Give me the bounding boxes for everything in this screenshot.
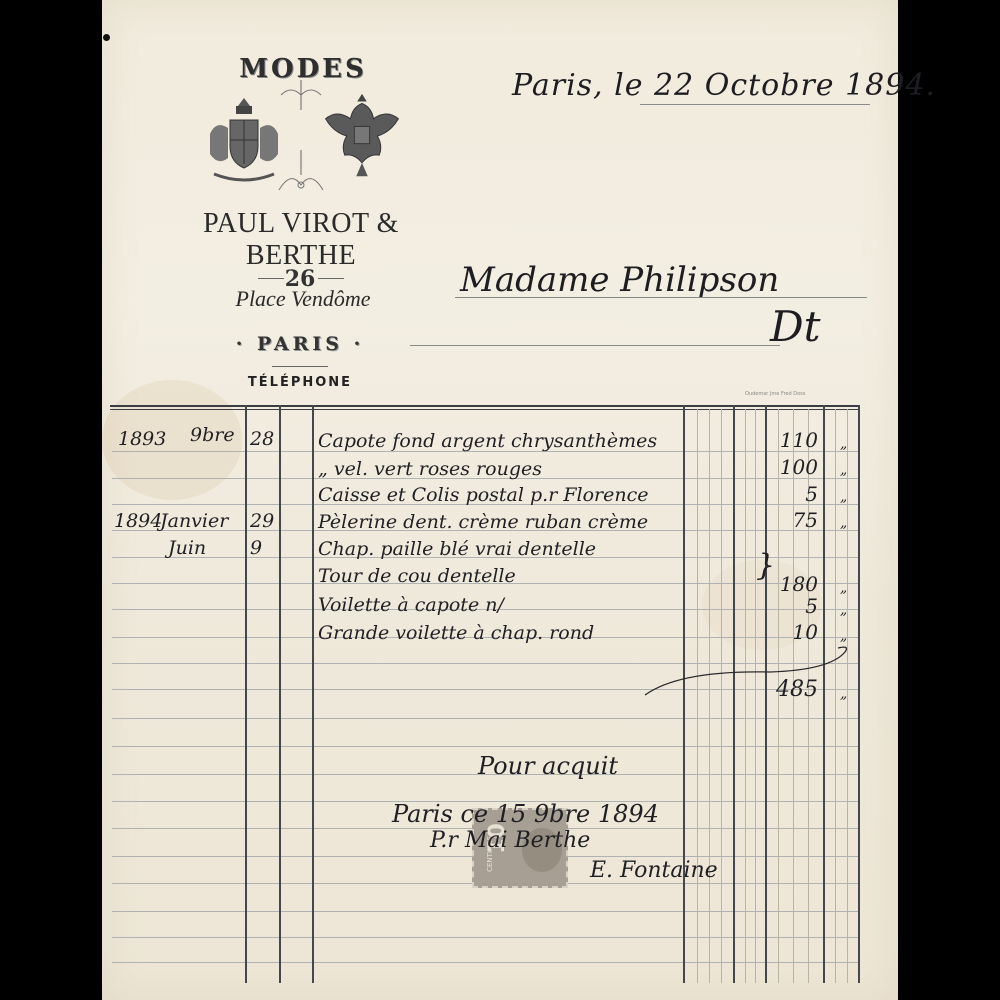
row-cents: „ (840, 602, 847, 618)
column-divider (312, 405, 314, 983)
row-day: 9 (250, 537, 262, 559)
total-cents: „ (840, 686, 847, 702)
ruled-line (112, 911, 858, 912)
row-month: 9bre (190, 424, 235, 446)
row-description: Pèlerine dent. crème ruban crème (318, 511, 648, 533)
table-header-rule (110, 405, 860, 407)
company-name: PAUL VIROT & BERTHE (175, 208, 427, 272)
row-cents: „ (840, 580, 847, 596)
row-amount: 100 (768, 455, 818, 479)
row-description: „ vel. vert roses rouges (318, 458, 542, 480)
debit-mark: Dt (770, 302, 821, 351)
row-description: Chap. paille blé vrai dentelle (318, 538, 596, 560)
row-day: 29 (250, 510, 274, 532)
row-amount: 110 (768, 428, 818, 452)
british-royal-coat-of-arms-icon (204, 94, 284, 186)
row-description: Voilette à capote n/ (318, 594, 504, 616)
ruled-line (112, 746, 858, 747)
ruled-line (112, 937, 858, 938)
row-year: 1894 (114, 510, 162, 532)
row-amount: 180 (768, 572, 818, 596)
row-cents: „ (840, 436, 847, 452)
ink-spot (103, 34, 110, 41)
telephone-label: TÉLÉPHONE (220, 375, 380, 390)
row-cents: „ (840, 515, 847, 531)
addressee-underline (455, 297, 867, 298)
ruled-line (112, 718, 858, 719)
row-amount: 5 (768, 594, 818, 618)
russian-imperial-eagle-icon (322, 90, 402, 182)
date-line: Paris, le 22 Octobre 1894. (512, 68, 936, 103)
receipt-signatory: P.r Mai Berthe (430, 828, 590, 853)
row-cents: „ (840, 489, 847, 505)
ornament-divider (272, 366, 328, 367)
row-description: Capote fond argent chrysanthèmes (318, 430, 657, 452)
street-name: Place Vendôme (218, 286, 388, 312)
row-month: Janvier (160, 510, 228, 532)
invoice-total: 485 (768, 677, 818, 702)
address-underline (410, 345, 780, 346)
row-amount: 5 (768, 482, 818, 506)
receipt-acquit: Pour acquit (478, 752, 618, 780)
row-day: 28 (250, 428, 274, 450)
row-description: Grande voilette à chap. rond (318, 622, 594, 644)
column-divider (245, 405, 247, 983)
row-month: Juin (168, 537, 206, 559)
city-name: · PARIS · (220, 333, 380, 355)
receipt-date: Paris ce 15 9bre 1894 (392, 800, 659, 828)
ruled-line (112, 962, 858, 963)
row-amount: 75 (768, 508, 818, 532)
table-header-rule (110, 409, 860, 410)
row-description: Caisse et Colis postal p.r Florence (318, 484, 648, 506)
addressee-name: Madame Philipson (460, 260, 779, 300)
total-flourish (640, 640, 860, 700)
printer-mark: Oudemar Jme Fred Doss (745, 391, 805, 397)
receipt-signature: E. Fontaine (590, 858, 718, 883)
row-year: 1893 (118, 428, 166, 450)
row-description: Tour de cou dentelle (318, 565, 516, 587)
date-underline (640, 104, 870, 105)
row-cents: „ (840, 462, 847, 478)
column-divider (279, 405, 281, 983)
